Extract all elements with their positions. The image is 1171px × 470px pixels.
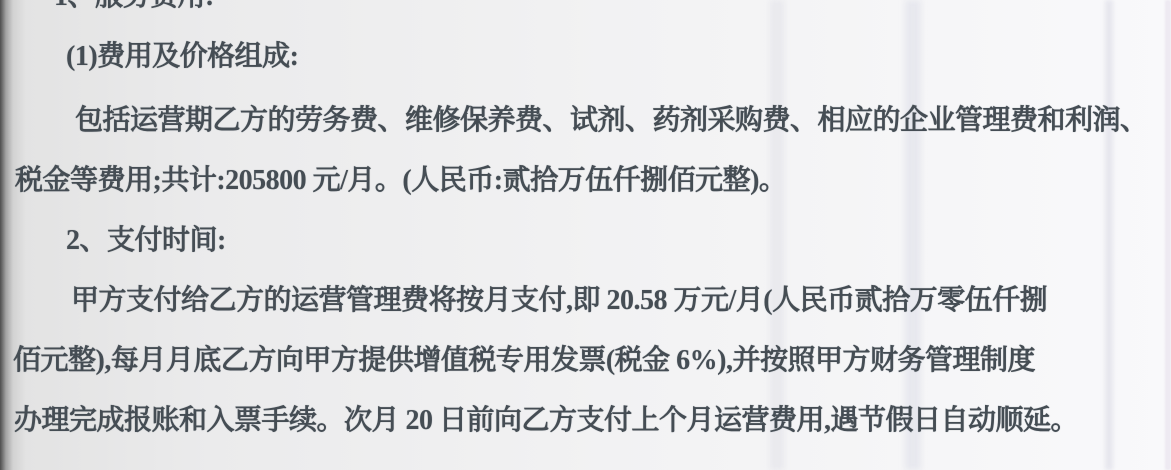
body-line-monthly-payment: 甲方支付给乙方的运营管理费将按月支付,即 20.58 万元/月(人民币贰拾万零伍… (71, 284, 1047, 318)
body-line-invoice-terms: 佰元整),每月月底乙方向甲方提供增值税专用发票(税金 6%),并按照甲方财务管理… (13, 344, 1035, 378)
scan-streak (1105, 0, 1113, 470)
scanned-document-page: 1、服务费用: (1)费用及价格组成: 包括运营期乙方的劳务费、维修保养费、试剂… (0, 0, 1171, 470)
scan-streak (905, 0, 921, 470)
clause-heading-service-fee: 1、服务费用: (54, 0, 214, 14)
body-line-payment-deadline: 办理完成报账和入票手续。次月 20 日前向乙方支付上个月运营费用,遇节假日自动顺… (14, 404, 1078, 438)
clause-heading-payment-time: 2、支付时间: (66, 224, 226, 258)
scan-streak (770, 0, 784, 470)
body-line-fee-total: 税金等费用;共计:205800 元/月。(人民币:贰拾万伍仟捌佰元整)。 (15, 164, 786, 198)
subclause-heading-fee-composition: (1)费用及价格组成: (66, 40, 298, 74)
body-line-fee-items: 包括运营期乙方的劳务费、维修保养费、试剂、药剂采购费、相应的企业管理费和利润、 (75, 104, 1148, 138)
scan-streak (1165, 0, 1171, 470)
scan-edge-shadow (0, 0, 26, 470)
